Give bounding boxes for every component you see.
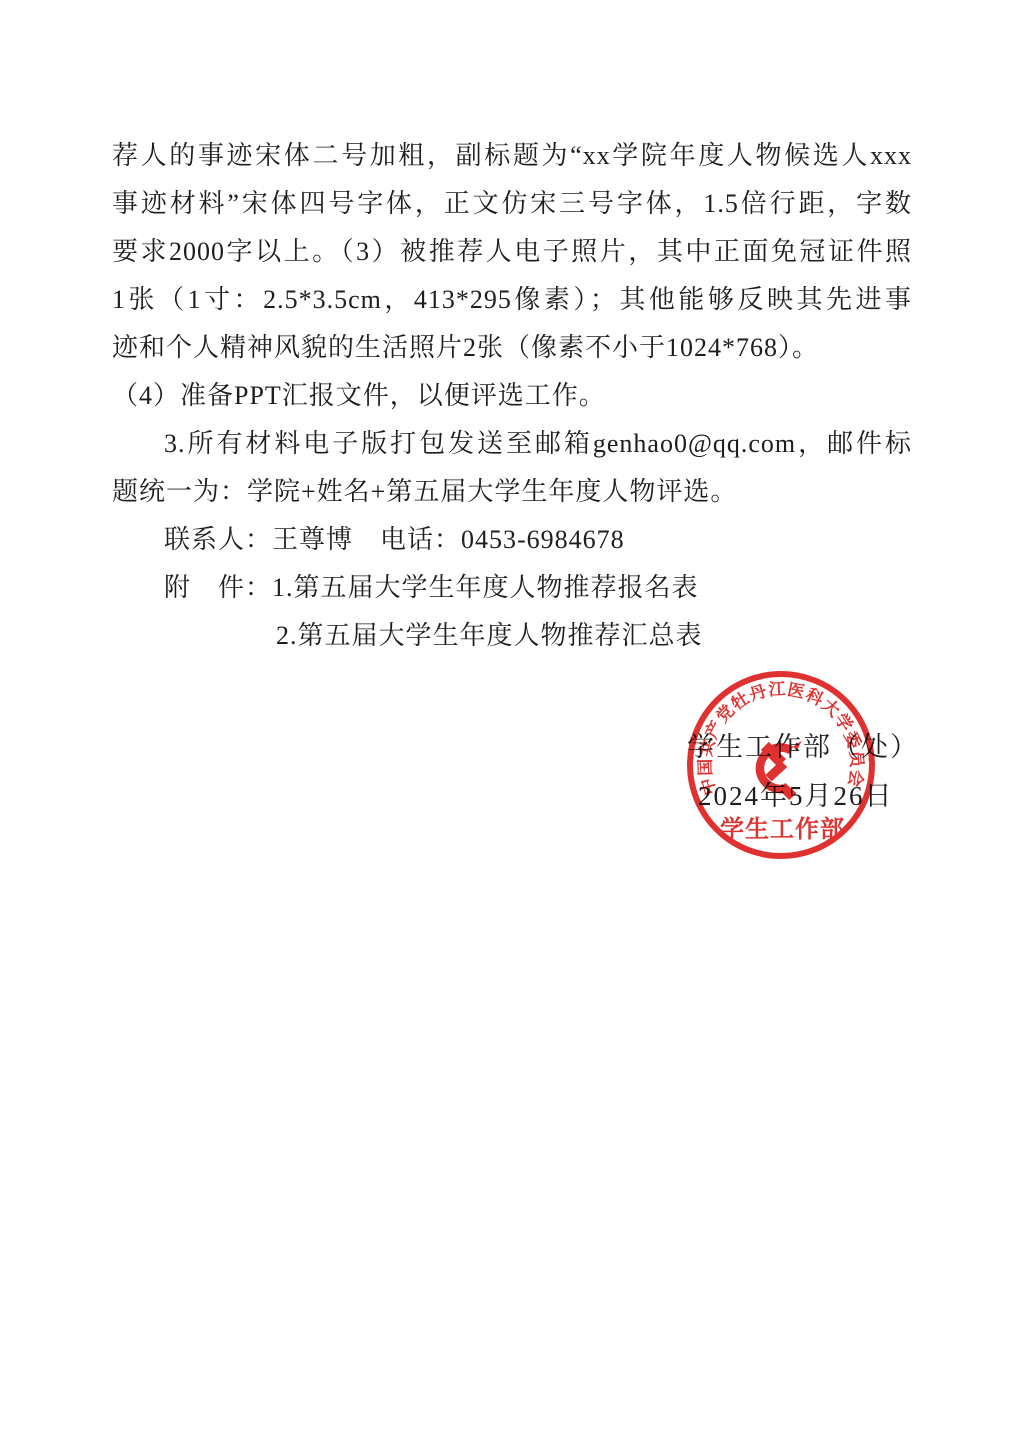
official-stamp: 中国共产党牡丹江医科大学委员会 学生工作部 (687, 671, 875, 859)
body-line: 1张（1寸：2.5*3.5cm，413*295像素）；其他能够反映其先进事 (112, 276, 912, 324)
body-line: 题统一为：学院+姓名+第五届大学生年度人物评选。 (112, 468, 912, 516)
document-body: 荐人的事迹宋体二号加粗，副标题为“xx学院年度人物候选人xxx 事迹材料”宋体四… (112, 132, 912, 660)
document-page: 荐人的事迹宋体二号加粗，副标题为“xx学院年度人物候选人xxx 事迹材料”宋体四… (0, 0, 1024, 1448)
contact-line: 联系人：王尊博 电话：0453-6984678 (112, 516, 912, 564)
body-line: 荐人的事迹宋体二号加粗，副标题为“xx学院年度人物候选人xxx (112, 132, 912, 180)
body-line: 3.所有材料电子版打包发送至邮箱genhao0@qq.com，邮件标 (112, 420, 912, 468)
hammer-and-sickle-icon (749, 734, 815, 800)
body-line: 要求2000字以上。（3）被推荐人电子照片，其中正面免冠证件照 (112, 228, 912, 276)
body-line: 事迹材料”宋体四号字体，正文仿宋三号字体，1.5倍行距，字数 (112, 180, 912, 228)
attachment-line-1: 附 件：1.第五届大学生年度人物推荐报名表 (112, 564, 912, 612)
stamp-department-label: 学生工作部 (720, 809, 844, 844)
body-line: 迹和个人精神风貌的生活照片2张（像素不小于1024*768）。 (112, 324, 912, 372)
attachment-line-2: 2.第五届大学生年度人物推荐汇总表 (112, 612, 912, 660)
body-line: （4）准备PPT汇报文件，以便评选工作。 (112, 372, 912, 420)
